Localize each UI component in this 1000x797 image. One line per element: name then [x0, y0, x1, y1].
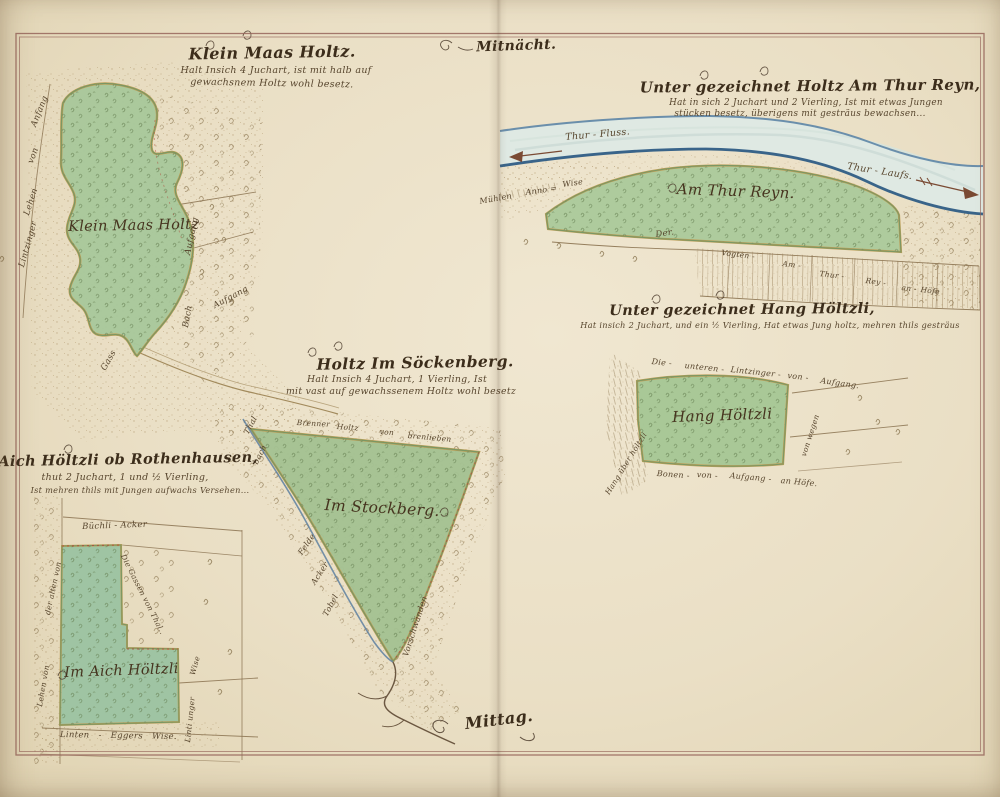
- stockberg-title: Holtz Im Söckenberg.: [316, 353, 513, 372]
- thur-strip-hoefe: Höfe: [920, 286, 940, 296]
- hang-below-von: von -: [696, 471, 718, 480]
- hang-area-label: Hang Höltzli: [672, 407, 773, 425]
- klein-maas-desc1: Halt Insich 4 Juchart, ist mit halb auf: [180, 66, 371, 76]
- aich-bottom-wise: Linten - Eggers Wise.: [60, 731, 177, 742]
- aich-buechli-acker: Büchli - Acker: [82, 521, 147, 532]
- thur-title: Unter gezeichnet Holtz Am Thur Reyn,: [640, 78, 981, 96]
- stockberg-desc2: mit vast auf gewachssenem Holtz wohl bes…: [286, 387, 516, 396]
- stockberg-word-holtz: Holtz: [336, 423, 358, 432]
- thur-desc1: Hat in sich 2 Juchart und 2 Vierling, Is…: [669, 99, 943, 108]
- stockberg-word-von: von: [379, 428, 394, 437]
- klein-maas-area-label: Klein Maas Holtz: [68, 218, 199, 235]
- thur-desc2: stücken besetz, überigens mit gesträus b…: [674, 110, 925, 119]
- thur-strip-am: Am -: [782, 260, 801, 270]
- label-north: Mitnächt.: [476, 38, 557, 55]
- aich-desc1: thut 2 Juchart, 1 und ½ Vierling,: [41, 473, 208, 483]
- stockberg-desc1: Halt Insich 4 Juchart, 1 Vierling, Ist: [307, 375, 487, 384]
- hang-desc1: Hat insich 2 Juchart, und ein ½ Vierling…: [580, 321, 960, 329]
- aich-desc2: Ist mehren thils mit Jungen aufwachs Ver…: [31, 486, 250, 494]
- thur-area-label: Am Thur Reyn.: [676, 182, 795, 201]
- historic-forest-map: Mitnächt. Mittag. Klein Maas Holtz. Halt…: [0, 0, 1000, 797]
- stockberg-word-brenner: Brenner: [297, 419, 331, 428]
- hang-title: Unter gezeichnet Hang Höltzli,: [609, 302, 875, 319]
- thur-strip-an: an -: [901, 284, 917, 293]
- klein-maas-title: Klein Maas Holtz.: [188, 44, 355, 63]
